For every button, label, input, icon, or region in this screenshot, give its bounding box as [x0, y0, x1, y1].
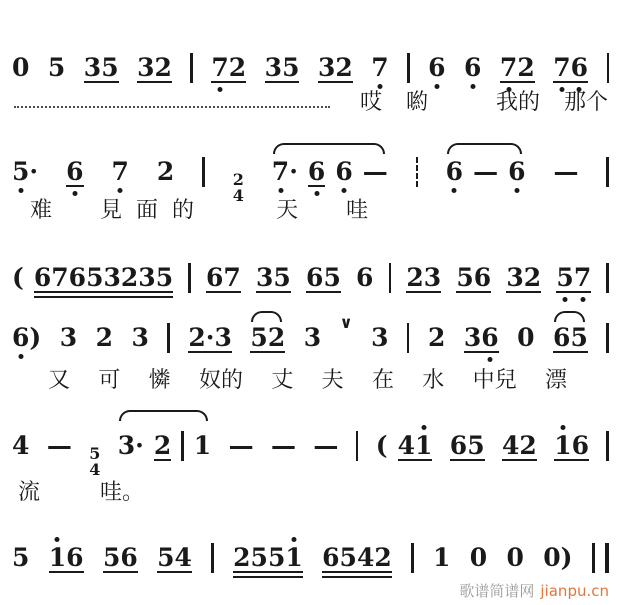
note-group: 2 — [428, 325, 445, 350]
note: 7 — [111, 159, 128, 184]
music-row: 0535327235327667276 — [0, 46, 621, 83]
barline — [211, 543, 214, 573]
slur-group: 52 — [250, 325, 285, 353]
note-digit: 2 — [233, 545, 250, 570]
note-digit: 5 — [103, 545, 120, 570]
lyrics-row: 哎喲我的那个 — [0, 92, 621, 115]
note-group: 32 — [137, 55, 172, 83]
note-digit: 5 — [251, 545, 268, 570]
note-group: 42 — [502, 433, 537, 461]
lyric-syllable: 哇 — [346, 200, 368, 222]
music-row: 6)3232·3523∨3236065 — [0, 316, 621, 353]
breath-mark: ∨ — [340, 313, 353, 332]
note-digit: 3 — [464, 325, 481, 350]
note-digit: 1 — [49, 545, 66, 570]
note-group: 72 — [211, 55, 246, 83]
music-row: (67653235673565623563257 — [0, 256, 621, 298]
note: 16 — [554, 433, 589, 461]
note-digit: 6 — [481, 325, 498, 350]
note-digit: 0 — [12, 55, 29, 80]
parenthesis: ( — [376, 431, 388, 460]
note: 67653235 — [34, 265, 173, 298]
barline — [606, 263, 609, 293]
barline — [356, 431, 359, 461]
note-digit: 3 — [304, 325, 321, 350]
leader-dots — [14, 92, 330, 108]
note: 3 — [304, 325, 321, 350]
lyric-syllable: 在 — [372, 370, 394, 392]
lyric-syllable: 中兒 — [473, 370, 517, 392]
note: 65 — [553, 325, 588, 353]
spacer — [242, 216, 262, 217]
note-digit: · — [289, 159, 298, 184]
note: 0 — [470, 545, 487, 570]
note-digit: 7 — [211, 55, 228, 80]
spacer — [312, 216, 332, 217]
note-group: 6 — [356, 265, 373, 290]
note: 2 — [96, 325, 113, 350]
spacer — [60, 498, 80, 499]
note-digit: 7 — [553, 55, 570, 80]
lyric-syllable: 可 — [98, 370, 120, 392]
note: 2·3 — [188, 325, 232, 353]
sheet-music-page: 0535327235327667276哎喲我的那个5·672247·66—6—6… — [0, 0, 621, 605]
note-digit: · — [135, 433, 144, 458]
note-digit: 1 — [554, 433, 571, 458]
note: 7 — [371, 55, 388, 80]
note: 65 — [306, 265, 341, 293]
note-group: 35 — [265, 55, 300, 83]
note-group: 0) — [543, 545, 572, 570]
note-digit: 3 — [215, 325, 232, 350]
watermark-site-url: jianpu.cn — [540, 582, 609, 600]
note-group — [188, 256, 191, 286]
note-group — [606, 316, 609, 346]
note-group: 65 — [306, 265, 341, 293]
note-digit: 6 — [66, 545, 83, 570]
note: 57 — [556, 265, 591, 293]
note-digit: 5 — [467, 433, 484, 458]
note: 56 — [456, 265, 491, 293]
barline — [190, 53, 193, 83]
note-digit: 3 — [256, 265, 273, 290]
note-digit: 6 — [335, 159, 352, 184]
dash-note-extension: — — [313, 431, 338, 460]
note-digit: 5 — [456, 265, 473, 290]
note-digit: 6 — [34, 265, 51, 290]
note-digit: 6 — [446, 159, 463, 184]
note: 54 — [157, 545, 192, 573]
note-digit: 2 — [428, 325, 445, 350]
note-digit: 7 — [51, 265, 68, 290]
note: 0 — [12, 55, 29, 80]
note-digit: 2 — [121, 265, 138, 290]
note-group — [606, 150, 609, 180]
lyric-syllable: 水 — [422, 370, 444, 392]
note: 1 — [433, 545, 450, 570]
note-group: (41 — [376, 431, 433, 461]
final-barline — [592, 543, 609, 573]
slur-group: 7·66— — [272, 157, 388, 187]
note-group: 54 — [89, 441, 100, 473]
barline — [606, 431, 609, 461]
note-group — [411, 536, 414, 566]
note-digit: 5 — [156, 265, 173, 290]
note-digit: 5 — [101, 55, 118, 80]
slur-group: 3·21 — [118, 424, 211, 461]
note: 6 — [356, 265, 373, 290]
note-group: 5· — [12, 159, 38, 184]
note-digit: 5 — [250, 325, 267, 350]
lyric-syllable: 奴的 — [199, 370, 243, 392]
note: 6 — [508, 159, 525, 184]
barline — [202, 157, 205, 187]
note: 32 — [506, 265, 541, 293]
note-digit: 5 — [268, 545, 285, 570]
note-group: 35 — [84, 55, 119, 83]
note: 42 — [502, 433, 537, 461]
lyric-syllable: 面 — [136, 200, 158, 222]
note-group: 6 — [428, 55, 445, 80]
note-group: 32 — [318, 55, 353, 83]
note: 6) — [12, 325, 41, 350]
dash-note-extension: — — [473, 157, 498, 186]
slur-group: 65 — [553, 325, 588, 353]
note-digit: 4 — [398, 433, 415, 458]
note-group — [202, 150, 205, 180]
note-group: 6 — [464, 55, 481, 80]
note: 5 — [12, 545, 29, 570]
note-digit: 3 — [265, 55, 282, 80]
note-group: 24 — [233, 167, 244, 199]
note: 52 — [250, 325, 285, 353]
note-group: 67 — [206, 265, 241, 293]
lyric-syllable: 丈 — [271, 370, 293, 392]
note-digit: 2 — [524, 265, 541, 290]
note-digit: 0 — [543, 545, 560, 570]
note-digit: 6 — [428, 55, 445, 80]
music-row: 5·672247·66—6—6— — [0, 150, 621, 199]
note-digit: 5 — [86, 265, 103, 290]
note-digit: 3 — [60, 325, 77, 350]
note-group: 5 — [48, 55, 65, 80]
note: 36 — [464, 325, 499, 353]
note: 6 — [446, 159, 463, 184]
note-digit: 3 — [424, 265, 441, 290]
note: 5 — [48, 55, 65, 80]
lyric-syllable: 見 — [100, 200, 122, 222]
note-digit: 7 — [223, 265, 240, 290]
note-group — [211, 536, 214, 566]
note-group: 6) — [12, 325, 41, 350]
note-group: 1 — [433, 545, 450, 570]
note-digit: 3 — [132, 325, 149, 350]
note: 6 — [335, 159, 352, 184]
note-digit: 5 — [556, 265, 573, 290]
note: 2 — [157, 159, 174, 184]
note-group: 16 — [49, 545, 84, 573]
note: 0 — [517, 325, 534, 350]
note: 72 — [500, 55, 535, 83]
note-digit: 6 — [572, 433, 589, 458]
note-digit: 2 — [188, 325, 205, 350]
note: 5· — [12, 159, 38, 184]
note: 32 — [137, 55, 172, 83]
note: 0) — [543, 545, 572, 570]
note-digit: 6 — [120, 545, 137, 570]
note-digit: 6 — [308, 159, 325, 184]
note-digit: 6 — [571, 55, 588, 80]
note-digit: 5 — [12, 545, 29, 570]
note-group: 36 — [464, 325, 499, 353]
note-digit: 7 — [574, 265, 591, 290]
note-group: 16 — [554, 433, 589, 461]
note-digit: 4 — [12, 433, 29, 458]
note: 35 — [256, 265, 291, 293]
barline — [188, 263, 191, 293]
note-group: 7 — [371, 55, 388, 80]
note: 0 — [507, 545, 524, 570]
note-group — [592, 536, 609, 566]
note-digit: 6 — [12, 325, 29, 350]
note-digit: 6 — [464, 55, 481, 80]
lyric-syllable: 又 — [48, 370, 70, 392]
note-digit: 5 — [323, 265, 340, 290]
note-digit: 2 — [268, 325, 285, 350]
note-digit: 6 — [322, 545, 339, 570]
note-group: 4 — [12, 433, 29, 458]
barline — [389, 263, 392, 293]
note-digit: 4 — [502, 433, 519, 458]
note: 41 — [398, 433, 433, 461]
note-digit: 2 — [406, 265, 423, 290]
note-digit: 1 — [415, 433, 432, 458]
note-digit: 2 — [374, 545, 391, 570]
note-digit: 0 — [507, 545, 524, 570]
note-digit: 7 — [272, 159, 289, 184]
note-digit: 2 — [96, 325, 113, 350]
note: 6542 — [322, 545, 392, 578]
lyrics-row: 流哇。 — [0, 482, 621, 504]
note-digit: 3 — [318, 55, 335, 80]
note-digit: 3 — [118, 433, 135, 458]
note-digit: 3 — [103, 265, 120, 290]
note: 3 — [132, 325, 149, 350]
lyric-syllable: 哎 — [360, 92, 382, 114]
slur-group: 6—6 — [446, 157, 526, 186]
note-digit: 6 — [206, 265, 223, 290]
note-digit: 1 — [194, 433, 211, 458]
note-group: 56 — [456, 265, 491, 293]
note-group: — — [553, 157, 578, 186]
note-group: — — [271, 431, 296, 460]
note-digit: 6 — [66, 159, 83, 184]
note-group: 57 — [556, 265, 591, 293]
note-digit: 1 — [433, 545, 450, 570]
note: 3· — [118, 433, 144, 458]
note: 2 — [428, 325, 445, 350]
note-group: 0 — [470, 545, 487, 570]
note-group — [606, 424, 609, 454]
lyric-syllable: 那个 — [564, 92, 608, 114]
note: 3 — [60, 325, 77, 350]
note-group: 6542 — [322, 545, 392, 578]
lyric-syllable: 憐 — [149, 370, 171, 392]
dash-note-extension: — — [47, 431, 72, 460]
note-digit: 0 — [470, 545, 487, 570]
note-digit: 2 — [335, 55, 352, 80]
dash-note-extension: — — [229, 431, 254, 460]
note-group: 2 — [157, 159, 174, 184]
note-digit: 6 — [306, 265, 323, 290]
note-group — [407, 316, 410, 346]
note: 6 — [428, 55, 445, 80]
note: 6 — [464, 55, 481, 80]
barline — [167, 323, 170, 353]
lyric-syllable: 难 — [30, 200, 52, 222]
note-digit: 3 — [137, 55, 154, 80]
music-row: 5165654255165421000) — [0, 536, 621, 578]
note-group — [167, 316, 170, 346]
note-digit: 5 — [12, 159, 29, 184]
dash-note-extension: — — [363, 157, 388, 186]
note: 4 — [12, 433, 29, 458]
lyric-syllable: 我的 — [496, 92, 540, 114]
note-group: 6 — [66, 159, 83, 187]
note-digit: 5 — [273, 265, 290, 290]
note: 7· — [272, 159, 298, 184]
note-digit: ) — [29, 325, 41, 350]
note: 35 — [84, 55, 119, 83]
lyric-syllable: 天 — [276, 200, 298, 222]
note-digit: 2 — [519, 433, 536, 458]
note: 23 — [406, 265, 441, 293]
note-digit: 2 — [154, 433, 171, 458]
spacer — [452, 108, 472, 109]
note: 2551 — [233, 545, 303, 578]
note-group: 65 — [450, 433, 485, 461]
spacer — [66, 216, 86, 217]
note: 67 — [206, 265, 241, 293]
watermark: 歌谱简谱网jianpu.cn — [459, 580, 609, 601]
note-group: 3 — [60, 325, 77, 350]
note-digit: · — [206, 325, 215, 350]
note-digit: 7 — [500, 55, 517, 80]
dashed-barline — [416, 157, 418, 187]
note-digit: 3 — [84, 55, 101, 80]
music-row: 4—543·21———(41654216 — [0, 424, 621, 473]
note-group: — — [229, 431, 254, 460]
note: 6 — [66, 159, 83, 187]
time-signature-denominator: 4 — [89, 462, 100, 478]
note-digit: 2 — [517, 55, 534, 80]
barline — [407, 323, 410, 353]
note-group: 76 — [553, 55, 588, 83]
barline — [606, 157, 609, 187]
note-digit: 6 — [356, 265, 373, 290]
note: 1 — [194, 433, 211, 458]
note-digit: · — [29, 159, 38, 184]
note-group — [356, 424, 359, 454]
note: 16 — [49, 545, 84, 573]
note-digit: 6 — [553, 325, 570, 350]
note-digit: 7 — [371, 55, 388, 80]
note-group: 3 — [371, 325, 388, 350]
note: 3 — [371, 325, 388, 350]
note: 76 — [553, 55, 588, 83]
note-group: 2 — [96, 325, 113, 350]
note-group: 56 — [103, 545, 138, 573]
note-group: 7 — [111, 159, 128, 184]
note: 32 — [318, 55, 353, 83]
note-group: 54 — [157, 545, 192, 573]
note-group: 2551 — [233, 545, 303, 578]
note-digit: 4 — [175, 545, 192, 570]
note-digit: 3 — [506, 265, 523, 290]
note-group: 5 — [12, 545, 29, 570]
note-group: 2·3 — [188, 325, 232, 353]
note-group: 35 — [256, 265, 291, 293]
note-group: 0 — [517, 325, 534, 350]
note-digit: 0 — [517, 325, 534, 350]
note: 6 — [308, 159, 325, 187]
time-signature: 54 — [89, 446, 100, 478]
watermark-site-name: 歌谱简谱网 — [459, 580, 534, 601]
note-group: 0 — [12, 55, 29, 80]
note-digit: 2 — [229, 55, 246, 80]
note-group — [606, 256, 609, 286]
spacer — [208, 216, 228, 217]
note: 35 — [265, 55, 300, 83]
note-group: 72 — [500, 55, 535, 83]
note-group: — — [47, 431, 72, 460]
lyric-syllable: 流 — [18, 482, 40, 504]
parenthesis: ( — [12, 263, 24, 292]
barline — [181, 431, 184, 461]
note-group — [190, 46, 193, 76]
note-digit: 5 — [48, 55, 65, 80]
note-digit: 6 — [69, 265, 86, 290]
note-digit: 6 — [508, 159, 525, 184]
lyric-syllable: 哇。 — [100, 482, 144, 504]
note-digit: 5 — [282, 55, 299, 80]
note: 2 — [154, 433, 171, 461]
lyric-syllable: 喲 — [406, 92, 428, 114]
barline — [407, 53, 410, 83]
note-digit: 1 — [285, 545, 302, 570]
note-group: 3 — [304, 325, 321, 350]
lyric-syllable: 夫 — [322, 370, 344, 392]
note-group: ∨ — [340, 331, 353, 350]
lyrics-row: 难見面的天哇 — [0, 200, 621, 222]
note-digit: 5 — [570, 325, 587, 350]
note-group — [389, 256, 392, 286]
note-group: 23 — [406, 265, 441, 293]
lyrics-row: 又可憐奴的丈夫在水中兒漂 — [0, 370, 621, 392]
note-digit: 4 — [357, 545, 374, 570]
note: 65 — [450, 433, 485, 461]
dash-note-extension: — — [271, 431, 296, 460]
note-digit: ) — [561, 545, 573, 570]
note: 72 — [211, 55, 246, 83]
lyric-syllable: 的 — [172, 200, 194, 222]
note-group: 0 — [507, 545, 524, 570]
note-digit: 3 — [138, 265, 155, 290]
note-digit: 2 — [154, 55, 171, 80]
note-digit: 7 — [111, 159, 128, 184]
note-group — [416, 150, 418, 180]
note-digit: 5 — [340, 545, 357, 570]
